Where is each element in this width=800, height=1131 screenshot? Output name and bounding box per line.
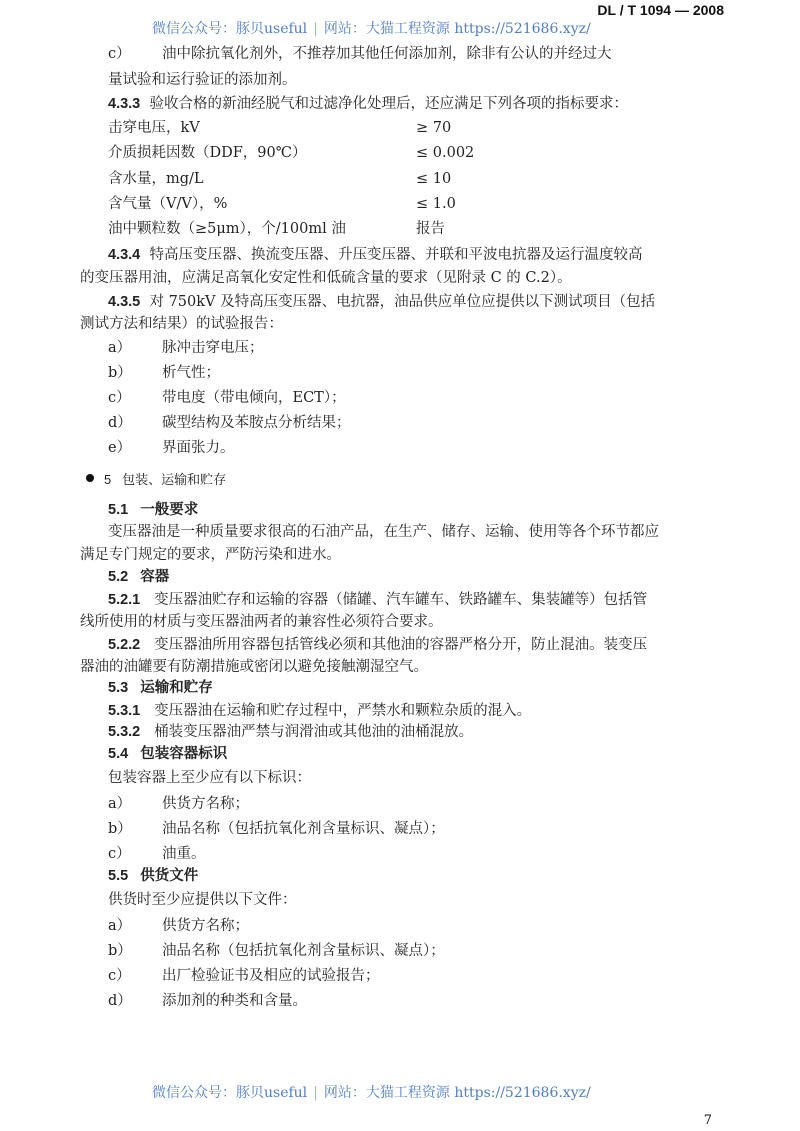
watermark-separator: |: [313, 21, 318, 37]
list-item: e）界面张力。: [108, 438, 235, 458]
spec-name: 含气量（V/V），%: [108, 194, 227, 214]
s5-3-1: 5.3.1 变压器油在运输和贮存过程中，严禁水和颗粒杂质的混入。: [108, 701, 531, 721]
s5-4-intro: 包装容器上至少应有以下标识：: [108, 768, 311, 788]
clause-4-3-4-line2: 的变压器用油，应满足高氧化安定性和低硫含量的要求（见附录 C 的 C.2）。: [80, 268, 572, 288]
s5-5-heading: 5.5 供货文件: [108, 866, 198, 886]
list-item: c）出厂检验证书及相应的试验报告；: [108, 966, 380, 986]
list-item: b）析气性；: [108, 363, 220, 383]
s5-2-1: 5.2.1 变压器油贮存和运输的容器（储罐、汽车罐车、铁路罐车、集装罐等）包括管: [108, 590, 647, 610]
spec-value: 报告: [416, 219, 445, 239]
list-item: d）添加剂的种类和含量。: [108, 991, 307, 1011]
s5-1-line2: 满足专门规定的要求，严防污染和进水。: [80, 545, 341, 565]
spec-value: ≤ 1.0: [416, 194, 456, 214]
bullet-icon: [86, 474, 94, 482]
list-item: a）供货方名称；: [108, 794, 249, 814]
spec-value: ≤ 10: [416, 169, 451, 189]
list-item: a）供货方名称；: [108, 916, 249, 936]
watermark-site-link[interactable]: 网站：大猫工程资源 https://521686.xyz/: [324, 21, 591, 37]
spec-name: 介质损耗因数（DDF，90℃）: [108, 143, 306, 163]
clause-4-3-4: 4.3.4 特高压变压器、换流变压器、升压变压器、并联和平波电抗器及运行温度较高: [108, 245, 642, 265]
document-code: DL / T 1094 — 2008: [597, 2, 724, 18]
clause-4-3-3: 4.3.3 验收合格的新油经脱气和过滤净化处理后，还应满足下列各项的指标要求：: [108, 94, 628, 114]
spec-name: 油中颗粒数（≥5μm），个/100ml 油: [108, 219, 346, 239]
list-item: a）脉冲击穿电压；: [108, 338, 264, 358]
page-number: 7: [704, 1113, 712, 1128]
continuation-item: c）油中除抗氧化剂外，不推荐加其他任何添加剂，除非有公认的并经过大: [108, 44, 612, 64]
list-item: c）油重。: [108, 844, 206, 864]
list-item: b）油品名称（包括抗氧化剂含量标识、凝点）；: [108, 941, 445, 961]
s5-2-1-line2: 线所使用的材质与变压器油两者的兼容性必须符合要求。: [80, 612, 443, 632]
clause-4-3-5-line2: 测试方法和结果）的试验报告：: [80, 314, 283, 334]
s5-3-heading: 5.3 运输和贮存: [108, 678, 213, 698]
s5-2-2-line2: 器油的油罐要有防潮措施或密闭以避免接触潮湿空气。: [80, 657, 428, 677]
clause-4-3-5: 4.3.5 对 750kV 及特高压变压器、电抗器，油品供应单位应提供以下测试项…: [108, 292, 655, 312]
spec-value: ≥ 70: [416, 118, 451, 138]
watermark-top: 微信公众号：豚贝useful|网站：大猫工程资源 https://521686.…: [152, 18, 591, 38]
continuation-line2: 量试验和运行验证的添加剂。: [108, 70, 297, 90]
spec-value: ≤ 0.002: [416, 143, 474, 163]
list-item: c）带电度（带电倾向，ECT）；: [108, 388, 346, 408]
list-item: d）碳型结构及苯胺点分析结果；: [108, 413, 351, 433]
watermark-wechat: 微信公众号：豚贝useful: [152, 21, 307, 37]
watermark-site-link[interactable]: 网站：大猫工程资源 https://521686.xyz/: [324, 1085, 591, 1101]
section-5-heading: 5 包装、运输和贮存: [104, 469, 226, 488]
s5-5-intro: 供货时至少应提供以下文件：: [108, 890, 297, 910]
watermark-separator: |: [313, 1085, 318, 1101]
watermark-wechat: 微信公众号：豚贝useful: [152, 1085, 307, 1101]
s5-1-line1: 变压器油是一种质量要求很高的石油产品，在生产、储存、运输、使用等各个环节都应: [108, 522, 659, 542]
spec-name: 含水量，mg/L: [108, 169, 204, 189]
watermark-bottom: 微信公众号：豚贝useful|网站：大猫工程资源 https://521686.…: [152, 1082, 591, 1102]
s5-2-heading: 5.2 容器: [108, 567, 169, 587]
s5-3-2: 5.3.2 桶装变压器油严禁与润滑油或其他油的油桶混放。: [108, 722, 473, 742]
s5-4-heading: 5.4 包装容器标识: [108, 744, 227, 764]
s5-1-heading: 5.1 一般要求: [108, 500, 198, 520]
spec-name: 击穿电压，kV: [108, 118, 200, 138]
list-item: b）油品名称（包括抗氧化剂含量标识、凝点）；: [108, 819, 445, 839]
s5-2-2: 5.2.2 变压器油所用容器包括管线必须和其他油的容器严格分开，防止混油。装变压: [108, 635, 647, 655]
